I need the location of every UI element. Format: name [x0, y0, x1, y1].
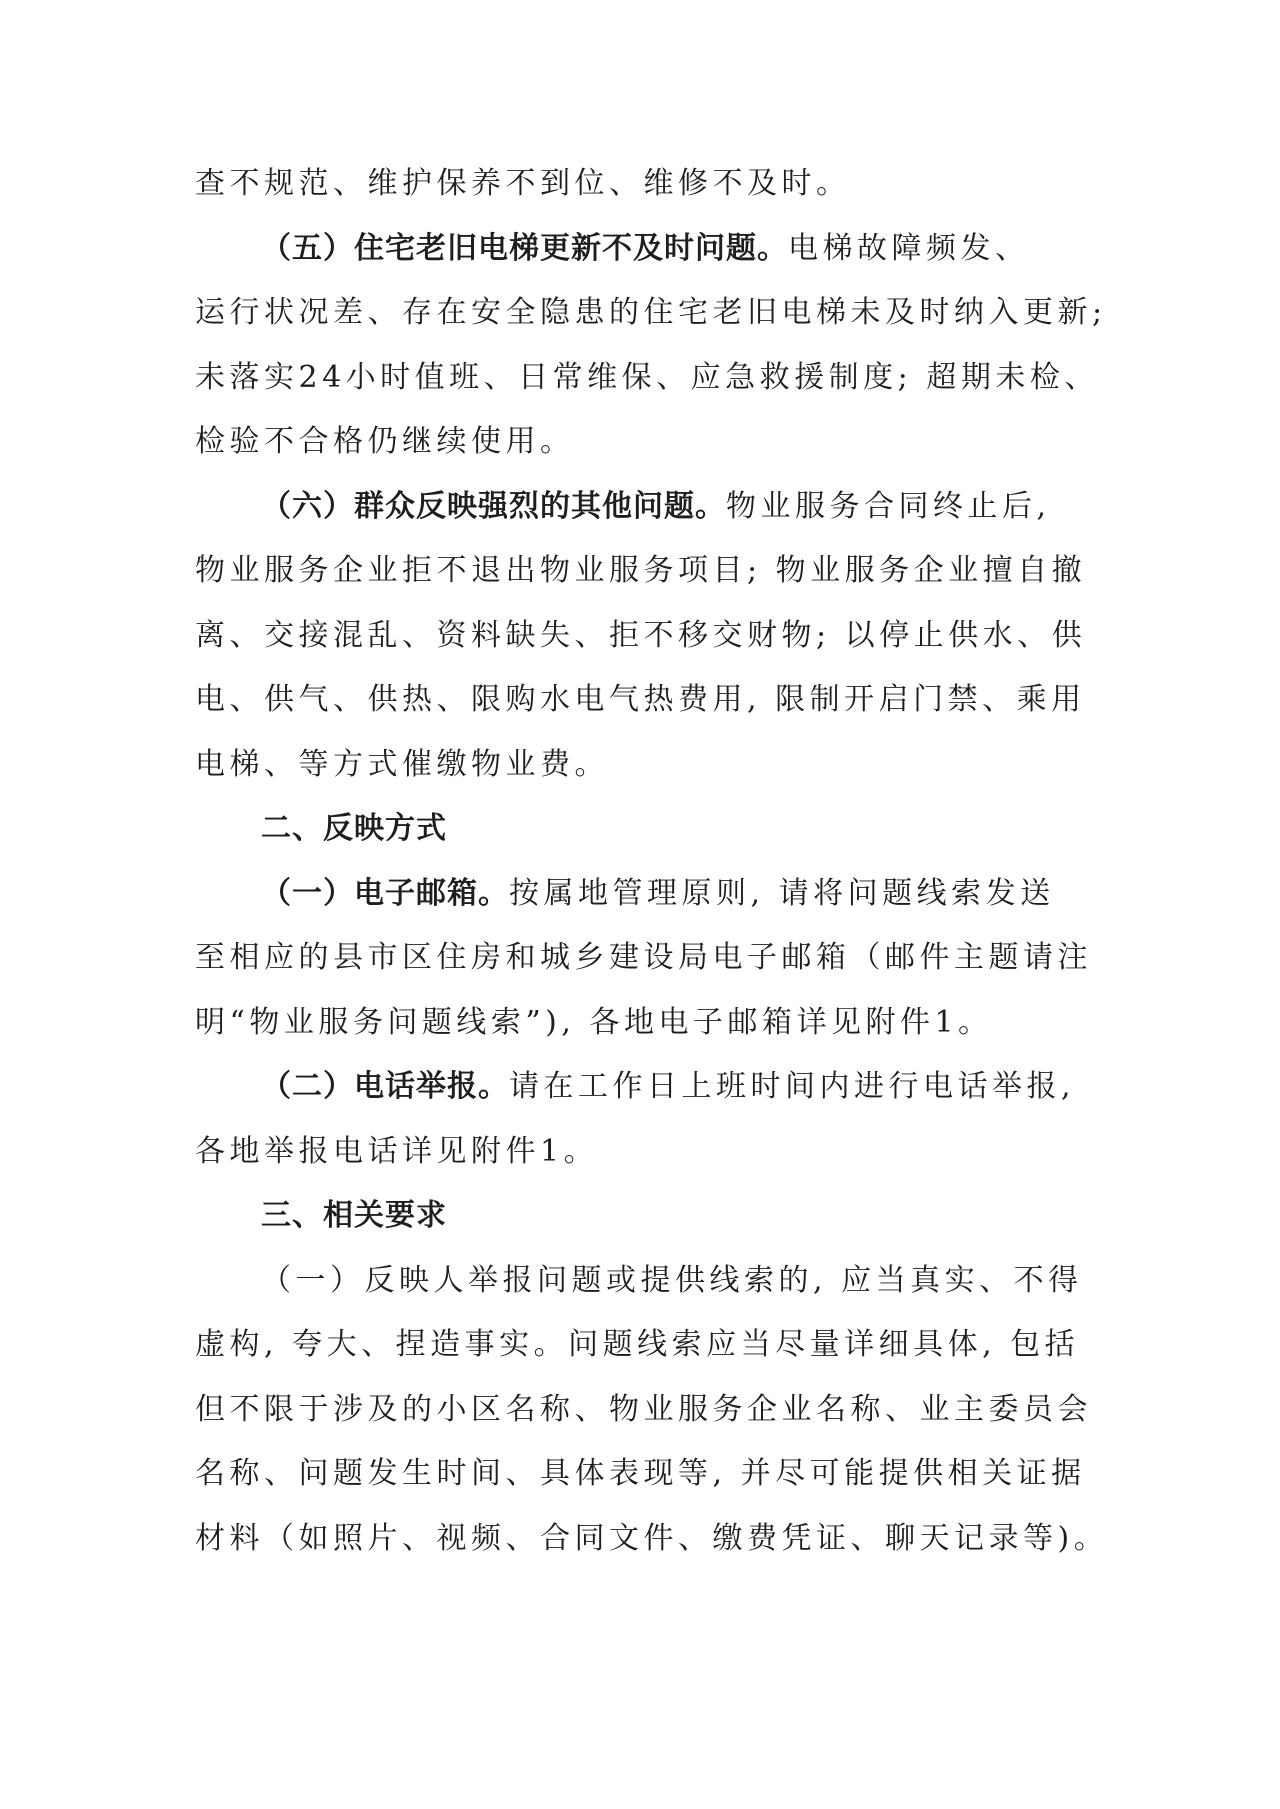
paragraph-line: 未落实24小时值班、日常维保、应急救援制度; 超期未检、: [195, 346, 1095, 411]
paragraph-line: 但不限于涉及的小区名称、物业服务企业名称、业主委员会: [195, 1378, 1095, 1443]
body-text: 明“物业服务问题线索”), 各地电子邮箱详见附件1。: [195, 1005, 993, 1040]
body-text: 离、交接混乱、资料缺失、拒不移交财物; 以停止供水、供: [195, 618, 1086, 653]
body-text: 运行状况差、存在安全隐患的住宅老旧电梯未及时纳入更新;: [195, 295, 1107, 330]
body-text: 未落实24小时值班、日常维保、应急救援制度; 超期未检、: [195, 360, 1099, 395]
body-text: 物业服务企业拒不退出物业服务项目; 物业服务企业擅自撤: [195, 553, 1086, 588]
paragraph-line: 查不规范、维护保养不到位、维修不及时。: [195, 152, 1095, 217]
paragraph-line: 各地举报电话详见附件1。: [195, 1120, 1095, 1185]
body-text: 电梯故障频发、: [788, 231, 1030, 266]
body-text: 查不规范、维护保养不到位、维修不及时。: [195, 166, 851, 201]
section-heading: 三、相关要求: [261, 1198, 447, 1233]
paragraph-line: （一）反映人举报问题或提供线索的, 应当真实、不得: [195, 1249, 1095, 1314]
body-text: 各地举报电话详见附件1。: [195, 1134, 598, 1169]
body-text: 材料（如照片、视频、合同文件、缴费凭证、聊天记录等)。: [195, 1521, 1108, 1556]
document-page: 查不规范、维护保养不到位、维修不及时。 （五）住宅老旧电梯更新不及时问题。电梯故…: [195, 152, 1095, 1571]
paragraph-line: 材料（如照片、视频、合同文件、缴费凭证、聊天记录等)。: [195, 1507, 1095, 1572]
paragraph-line: 虚构, 夸大、捏造事实。问题线索应当尽量详细具体, 包括: [195, 1313, 1095, 1378]
phone-title: （二）电话举报。: [261, 1069, 509, 1104]
paragraph-line: 运行状况差、存在安全隐患的住宅老旧电梯未及时纳入更新;: [195, 281, 1095, 346]
paragraph-line: 明“物业服务问题线索”), 各地电子邮箱详见附件1。: [195, 991, 1095, 1056]
section-six-line: （六）群众反映强烈的其他问题。物业服务合同终止后,: [195, 475, 1095, 540]
body-text: 名称、问题发生时间、具体表现等, 并尽可能提供相关证据: [195, 1456, 1086, 1491]
body-text: 请在工作日上班时间内进行电话举报,: [509, 1069, 1075, 1104]
email-title: （一）电子邮箱。: [261, 876, 509, 911]
section-five-title: （五）住宅老旧电梯更新不及时问题。: [261, 231, 788, 266]
paragraph-line: 电、供气、供热、限购水电气热费用, 限制开启门禁、乘用: [195, 668, 1095, 733]
paragraph-line: 名称、问题发生时间、具体表现等, 并尽可能提供相关证据: [195, 1442, 1095, 1507]
paragraph-line: 物业服务企业拒不退出物业服务项目; 物业服务企业擅自撤: [195, 539, 1095, 604]
paragraph-line: 检验不合格仍继续使用。: [195, 410, 1095, 475]
section-heading: 二、反映方式: [261, 811, 447, 846]
body-text: 物业服务合同终止后,: [726, 489, 1051, 524]
body-text: 电梯、等方式催缴物业费。: [195, 747, 609, 782]
body-text: 至相应的县市区住房和城乡建设局电子邮箱（邮件主题请注: [195, 940, 1092, 975]
section-six-title: （六）群众反映强烈的其他问题。: [261, 489, 726, 524]
paragraph-line: 离、交接混乱、资料缺失、拒不移交财物; 以停止供水、供: [195, 604, 1095, 669]
paragraph-line: 电梯、等方式催缴物业费。: [195, 733, 1095, 798]
phone-line: （二）电话举报。请在工作日上班时间内进行电话举报,: [195, 1055, 1095, 1120]
heading-requirements: 三、相关要求: [195, 1184, 1095, 1249]
section-five-line: （五）住宅老旧电梯更新不及时问题。电梯故障频发、: [195, 217, 1095, 282]
paragraph-line: 至相应的县市区住房和城乡建设局电子邮箱（邮件主题请注: [195, 926, 1095, 991]
heading-reporting-methods: 二、反映方式: [195, 797, 1095, 862]
body-text: 检验不合格仍继续使用。: [195, 424, 575, 459]
body-text: 虚构, 夸大、捏造事实。问题线索应当尽量详细具体, 包括: [195, 1327, 1079, 1362]
body-text: 但不限于涉及的小区名称、物业服务企业名称、业主委员会: [195, 1392, 1092, 1427]
body-text: （一）反映人举报问题或提供线索的, 应当真实、不得: [261, 1263, 1083, 1298]
body-text: 电、供气、供热、限购水电气热费用, 限制开启门禁、乘用: [195, 682, 1086, 717]
body-text: 按属地管理原则, 请将问题线索发送: [509, 876, 1055, 911]
email-line: （一）电子邮箱。按属地管理原则, 请将问题线索发送: [195, 862, 1095, 927]
